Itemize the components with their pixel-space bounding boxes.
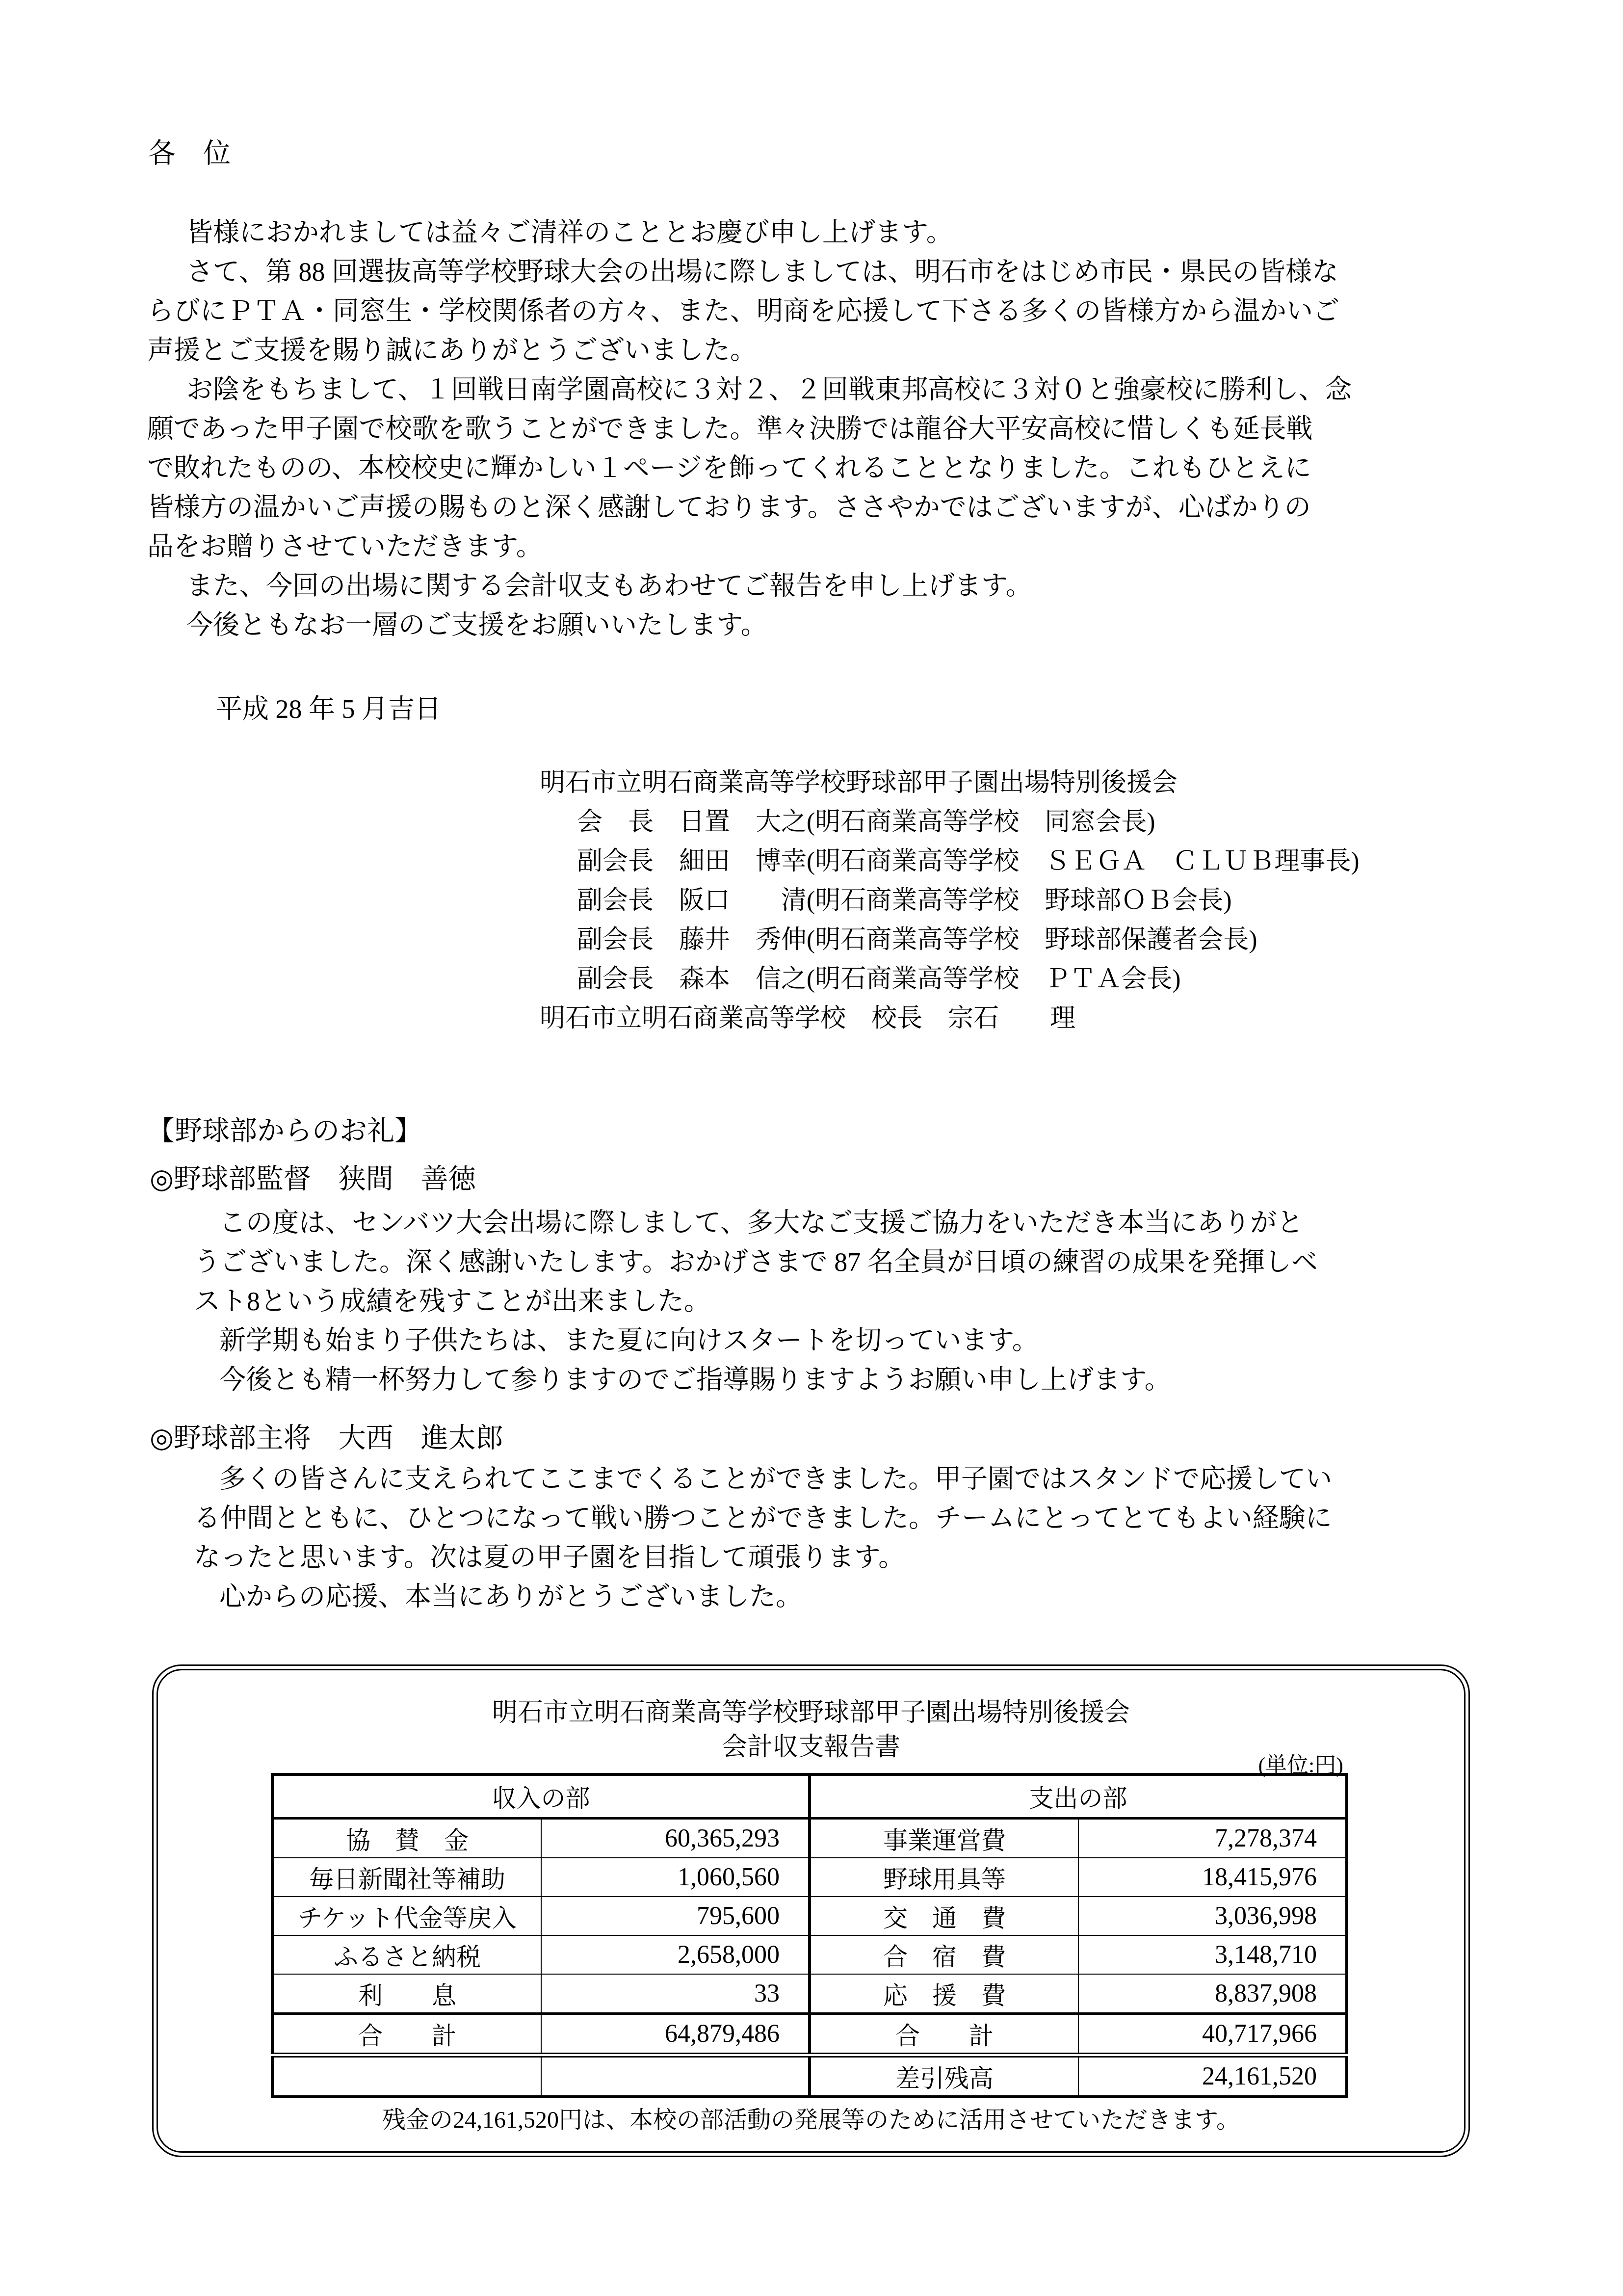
scanned-letter-page: 各 位 皆様におかれましては益々ご清祥のこととお慶び申し上げます。 さて、第 8… <box>0 0 1623 2296</box>
officer-line: 副会長 森本 信之(明石商業高等学校 ＰＴＡ会長) <box>540 960 1360 999</box>
captain-title: ◎野球部主将 大西 進太郎 <box>150 1416 503 1455</box>
income-item: 毎日新聞社等補助 <box>272 1858 541 1897</box>
expense-amount: 7,278,374 <box>1078 1819 1347 1858</box>
table-total-row: 合 計 64,879,486 合 計 40,717,966 <box>272 2014 1347 2056</box>
income-item: チケット代金等戻入 <box>272 1897 541 1935</box>
report-footnote: 残金の24,161,520円は、本校の部活動の発展等のために活用させていただきま… <box>154 2101 1468 2135</box>
captain-paragraph: 心からの応援、本当にありがとうございました。 <box>147 1577 1484 1616</box>
table-row: 毎日新聞社等補助 1,060,560 野球用具等 18,415,976 <box>272 1858 1347 1897</box>
income-item: 協 賛 金 <box>272 1819 541 1858</box>
table-row: チケット代金等戻入 795,600 交 通 費 3,036,998 <box>272 1897 1347 1935</box>
table-row: 利 息 33 応 援 費 8,837,908 <box>272 1974 1347 2014</box>
thanks-section-heading: 【野球部からのお礼】 <box>147 1109 422 1148</box>
expense-item: 合 宿 費 <box>810 1935 1078 1974</box>
income-amount: 2,658,000 <box>541 1935 810 1974</box>
letter-body: 皆様におかれましては益々ご清祥のこととお慶び申し上げます。 さて、第 88 回選… <box>147 213 1484 645</box>
table-row: 協 賛 金 60,365,293 事業運営費 7,278,374 <box>272 1819 1347 1858</box>
expense-total-label: 合 計 <box>810 2014 1078 2056</box>
income-total-amount: 64,879,486 <box>541 2014 810 2056</box>
letter-paragraph: さて、第 88 回選抜高等学校野球大会の出場に際しましては、明石市をはじめ市民・… <box>147 252 1484 370</box>
empty-cell <box>272 2055 541 2097</box>
income-amount: 795,600 <box>541 1897 810 1935</box>
income-amount: 33 <box>541 1974 810 2014</box>
letter-date: 平成 28 年 5 月吉日 <box>216 688 441 726</box>
table-row: ふるさと納税 2,658,000 合 宿 費 3,148,710 <box>272 1935 1347 1974</box>
expense-amount: 8,837,908 <box>1078 1974 1347 2014</box>
financial-report-box: 明石市立明石商業高等学校野球部甲子園出場特別後援会 会計収支報告書 (単位:円)… <box>152 1664 1470 2157</box>
expense-header-cell: 支出の部 <box>810 1774 1347 1819</box>
coach-paragraph: 今後とも精一杯努力して参りますのでご指導賜りますようお願い申し上げます。 <box>147 1360 1484 1399</box>
table-balance-row: 差引残高 24,161,520 <box>272 2055 1347 2097</box>
letter-paragraph: また、今回の出場に関する会計収支もあわせてご報告を申し上げます。 <box>147 566 1484 606</box>
captain-paragraph: 多くの皆さんに支えられてここまでくることができました。甲子園ではスタンドで応援し… <box>147 1459 1484 1577</box>
expense-item: 事業運営費 <box>810 1819 1078 1858</box>
coach-title: ◎野球部監督 狭間 善徳 <box>150 1157 476 1196</box>
coach-paragraph: 新学期も始まり子供たちは、また夏に向けスタートを切っています。 <box>147 1321 1484 1360</box>
officer-line: 会 長 日置 大之(明石商業高等学校 同窓会長) <box>540 803 1360 842</box>
empty-cell <box>541 2055 810 2097</box>
account-report-table: 収入の部 支出の部 協 賛 金 60,365,293 事業運営費 7,278,3… <box>271 1773 1348 2098</box>
income-total-label: 合 計 <box>272 2014 541 2056</box>
principal-line: 明石市立明石商業高等学校 校長 宗石 理 <box>540 999 1360 1038</box>
expense-amount: 18,415,976 <box>1078 1858 1347 1897</box>
salutation: 各 位 <box>148 132 231 171</box>
letter-paragraph: 今後ともなお一層のご支援をお願いいたします。 <box>147 606 1484 645</box>
officer-line: 副会長 阪口 清(明石商業高等学校 野球部ＯＢ会長) <box>540 881 1360 921</box>
captain-message: 多くの皆さんに支えられてここまでくることができました。甲子園ではスタンドで応援し… <box>147 1459 1484 1616</box>
booster-club-name: 明石市立明石商業高等学校野球部甲子園出場特別後援会 <box>540 764 1360 803</box>
income-amount: 1,060,560 <box>541 1858 810 1897</box>
officer-line: 副会長 細田 博幸(明石商業高等学校 ＳＥＧＡ ＣＬＵＢ理事長) <box>540 842 1360 881</box>
expense-amount: 3,036,998 <box>1078 1897 1347 1935</box>
income-item: 利 息 <box>272 1974 541 2014</box>
income-header-cell: 収入の部 <box>272 1774 810 1819</box>
coach-message: この度は、センバツ大会出場に際しまして、多大なご支援ご協力をいただき本当にありが… <box>147 1203 1484 1399</box>
coach-paragraph: この度は、センバツ大会出場に際しまして、多大なご支援ご協力をいただき本当にありが… <box>147 1203 1484 1321</box>
expense-item: 野球用具等 <box>810 1858 1078 1897</box>
income-item: ふるさと納税 <box>272 1935 541 1974</box>
officer-line: 副会長 藤井 秀伸(明石商業高等学校 野球部保護者会長) <box>540 921 1360 960</box>
report-title: 明石市立明石商業高等学校野球部甲子園出場特別後援会 <box>154 1691 1468 1728</box>
letter-paragraph: 皆様におかれましては益々ご清祥のこととお慶び申し上げます。 <box>147 213 1484 252</box>
letter-paragraph: お陰をもちまして、１回戦日南学園高校に３対２、２回戦東邦高校に３対０と強豪校に勝… <box>147 370 1484 566</box>
expense-total-amount: 40,717,966 <box>1078 2014 1347 2056</box>
expense-item: 応 援 費 <box>810 1974 1078 2014</box>
expense-item: 交 通 費 <box>810 1897 1078 1935</box>
balance-label: 差引残高 <box>810 2055 1078 2097</box>
income-amount: 60,365,293 <box>541 1819 810 1858</box>
signature-block: 明石市立明石商業高等学校野球部甲子園出場特別後援会 会 長 日置 大之(明石商業… <box>540 764 1360 1038</box>
expense-amount: 3,148,710 <box>1078 1935 1347 1974</box>
table-header-row: 収入の部 支出の部 <box>272 1774 1347 1819</box>
balance-amount: 24,161,520 <box>1078 2055 1347 2097</box>
